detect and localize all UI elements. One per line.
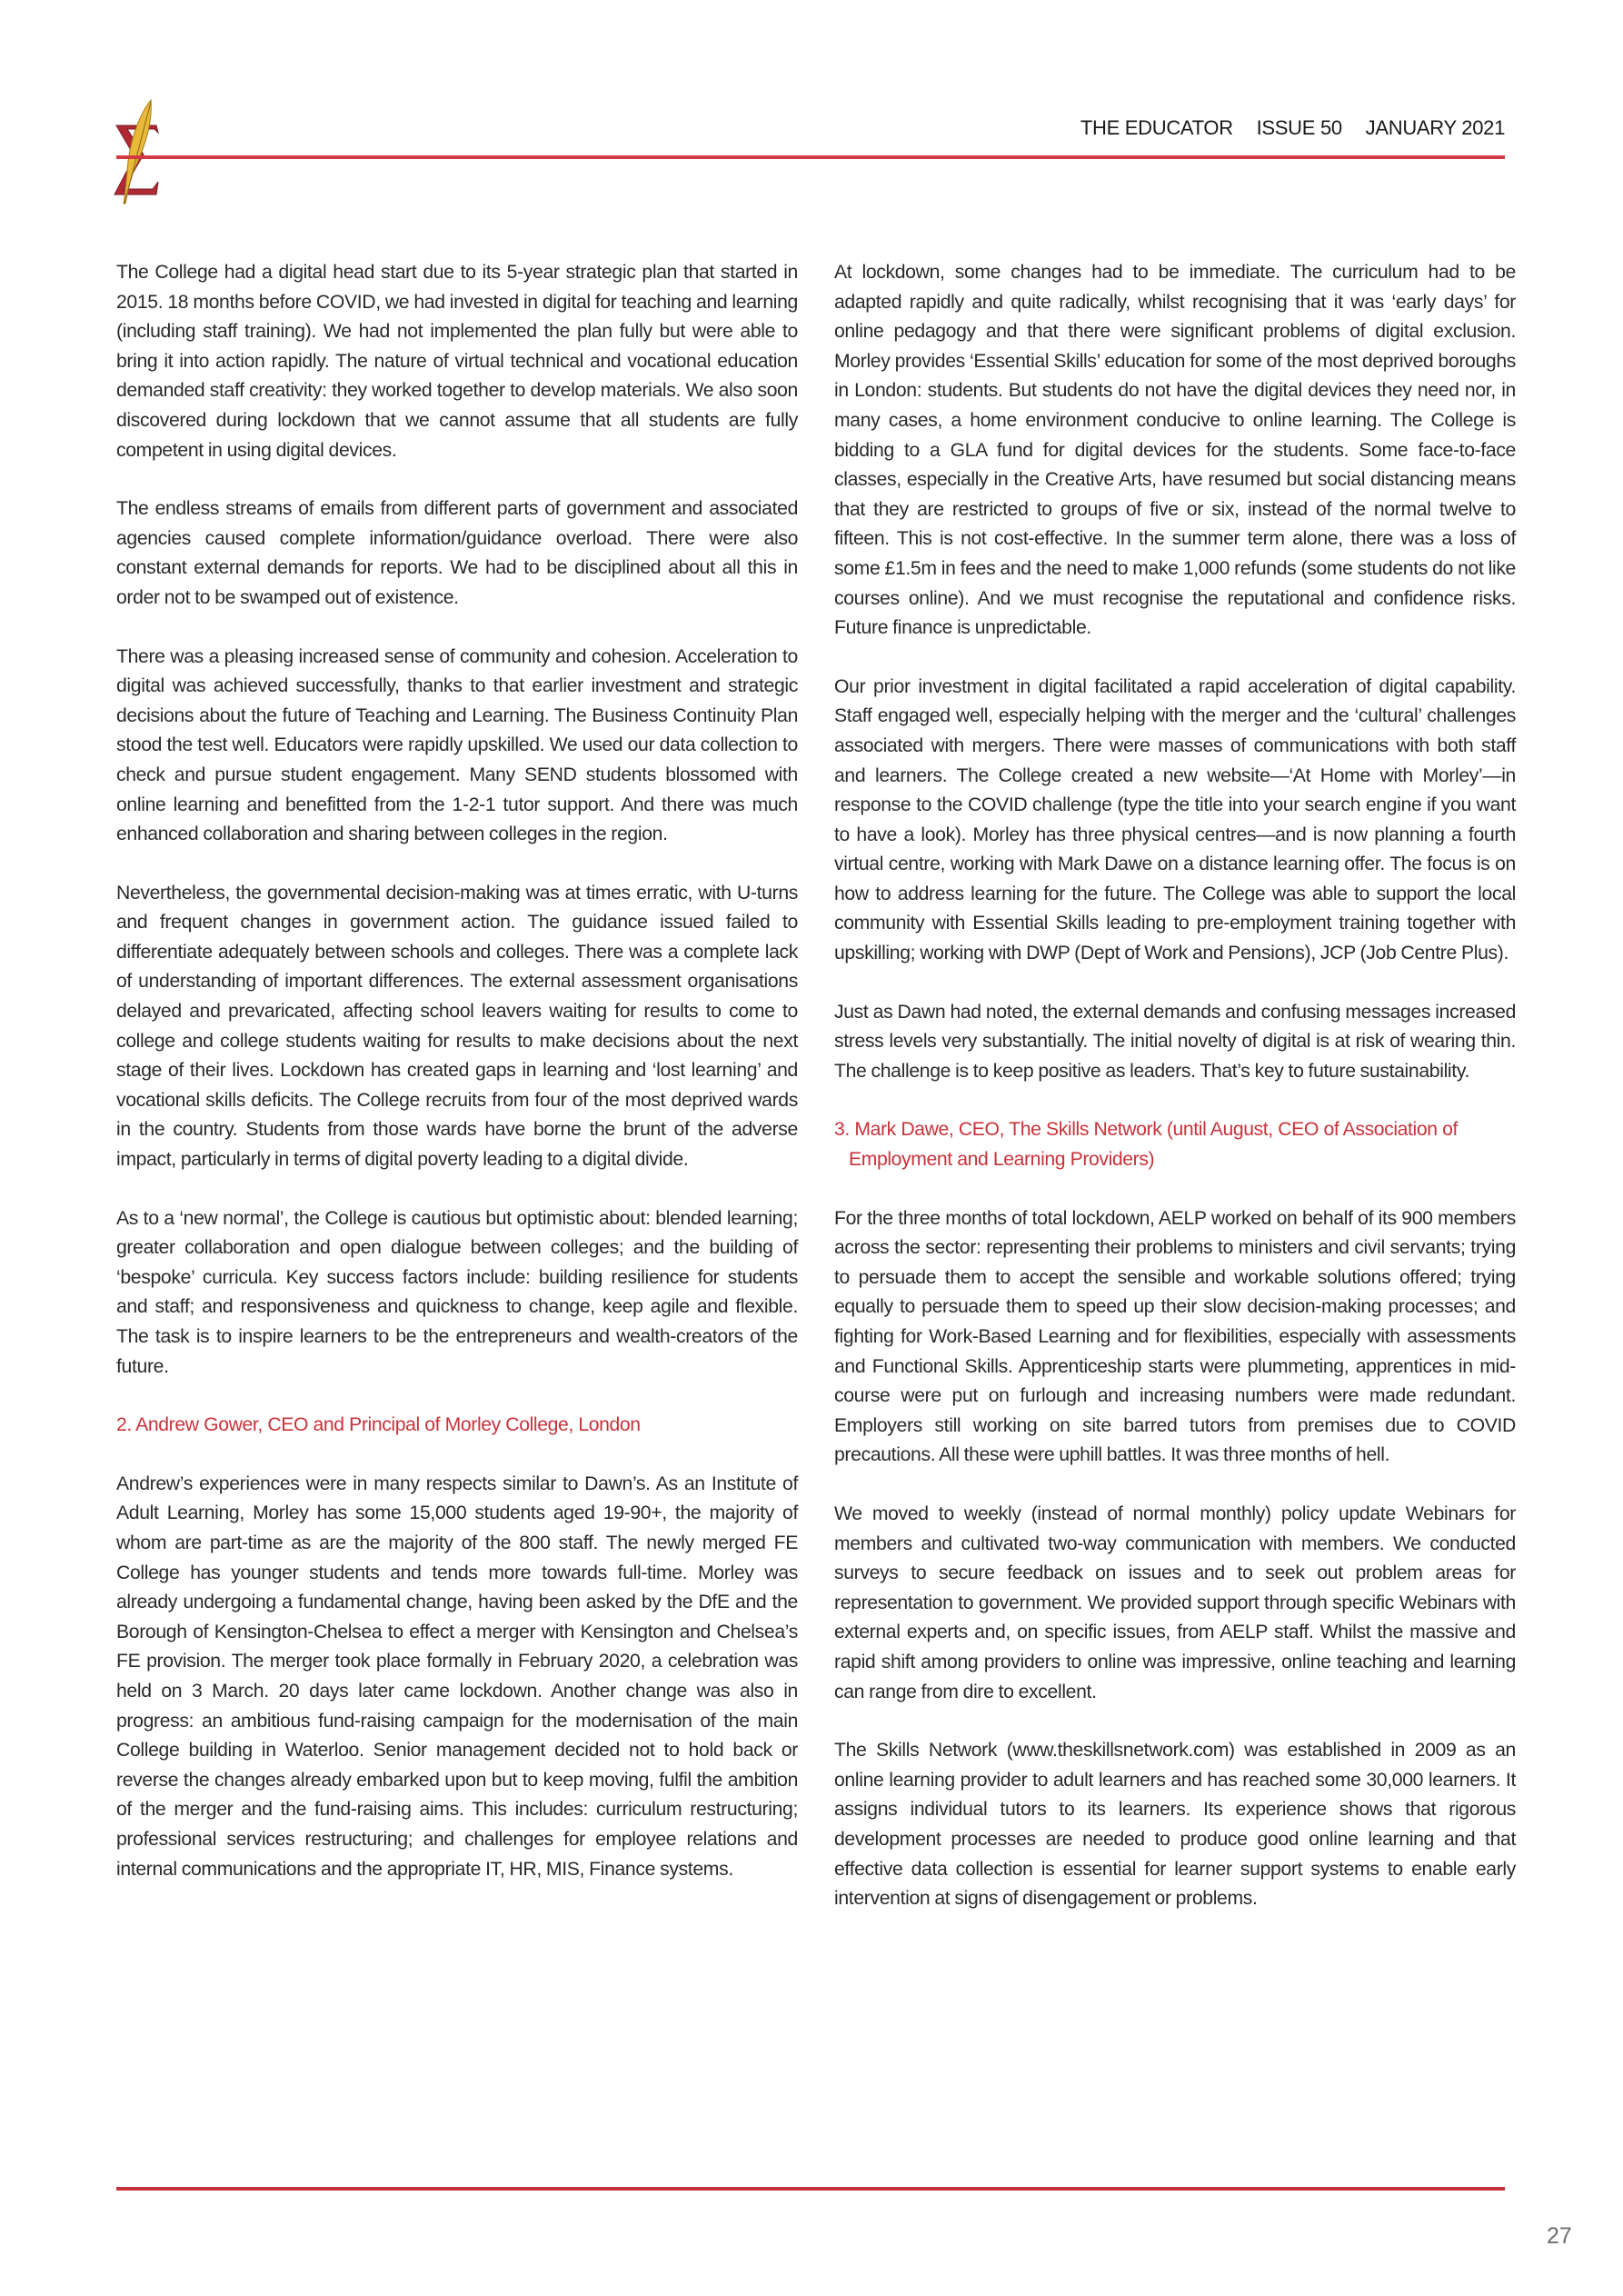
header-rule [116, 155, 1505, 159]
paragraph: We moved to weekly (instead of normal mo… [834, 1500, 1516, 1707]
paragraph: The Skills Network (www.theskillsnetwork… [834, 1736, 1516, 1914]
paragraph: Just as Dawn had noted, the external dem… [834, 998, 1516, 1087]
section-heading: 2. Andrew Gower, CEO and Principal of Mo… [116, 1411, 798, 1441]
page-number: 27 [1547, 2223, 1572, 2250]
left-column: The College had a digital head start due… [116, 258, 798, 1884]
paragraph: There was a pleasing increased sense of … [116, 643, 798, 850]
issue-number: ISSUE 50 [1257, 116, 1342, 139]
publication-name: THE EDUCATOR [1080, 116, 1233, 139]
paragraph: Nevertheless, the governmental decision-… [116, 879, 798, 1175]
paragraph: Our prior investment in digital facilita… [834, 673, 1516, 969]
paragraph: Andrew’s experiences were in many respec… [116, 1470, 798, 1884]
quill-sigma-logo-icon [111, 98, 167, 205]
paragraph: At lockdown, some changes had to be imme… [834, 258, 1516, 644]
right-column: At lockdown, some changes had to be imme… [834, 258, 1516, 1914]
footer-rule [116, 2187, 1505, 2191]
section-heading: 3. Mark Dawe, CEO, The Skills Network (u… [834, 1115, 1516, 1174]
paragraph: The College had a digital head start due… [116, 258, 798, 465]
paragraph: For the three months of total lockdown, … [834, 1204, 1516, 1471]
running-header: THE EDUCATOR ISSUE 50 JANUARY 2021 [1080, 116, 1505, 140]
paragraph: The endless streams of emails from diffe… [116, 494, 798, 613]
paragraph: As to a ‘new normal’, the College is cau… [116, 1204, 798, 1383]
issue-date: JANUARY 2021 [1366, 116, 1505, 139]
